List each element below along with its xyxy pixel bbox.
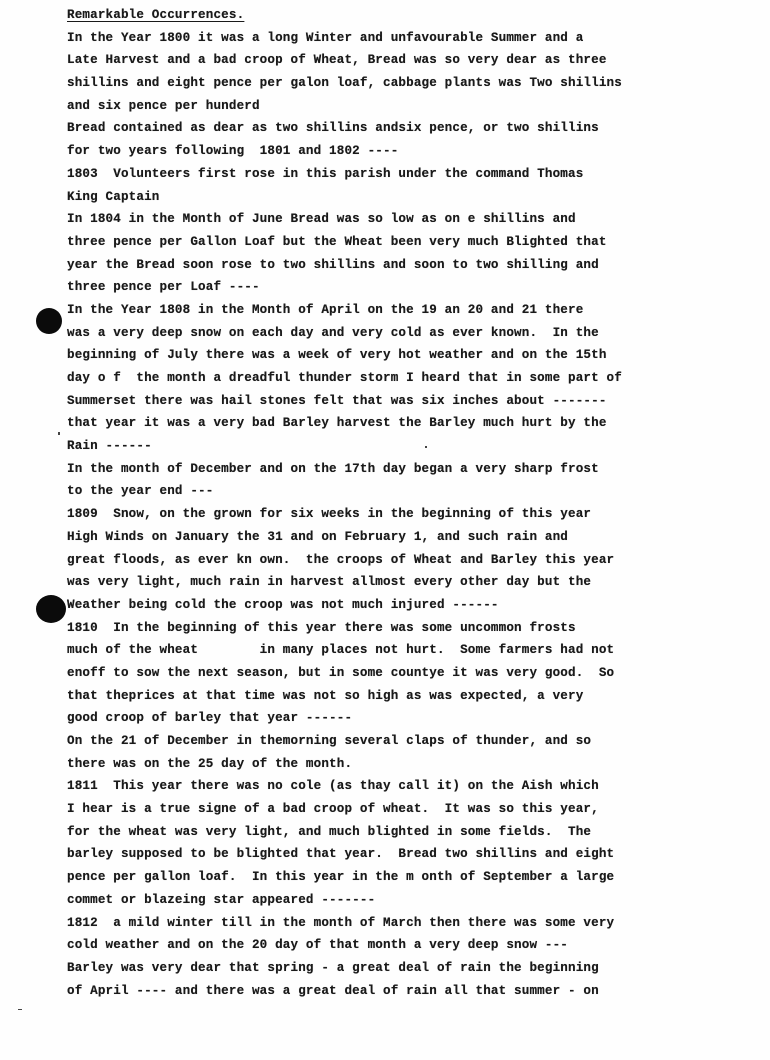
text-line: for the wheat was very light, and much b… — [67, 821, 747, 844]
punch-hole-mark — [36, 595, 66, 623]
text-line: three pence per Gallon Loaf but the Whea… — [67, 231, 747, 254]
text-line: In the month of December and on the 17th… — [67, 458, 747, 481]
text-line: to the year end --- — [67, 480, 747, 503]
punch-hole-mark — [36, 308, 62, 334]
text-line: beginning of July there was a week of ve… — [67, 344, 747, 367]
text-line: that year it was a very bad Barley harve… — [67, 412, 747, 435]
text-line: Rain ------ — [67, 435, 747, 458]
text-line: that theprices at that time was not so h… — [67, 685, 747, 708]
text-line: Weather being cold the croop was not muc… — [67, 594, 747, 617]
text-line: King Captain — [67, 186, 747, 209]
scan-speck — [18, 1009, 22, 1010]
text-line: 1809 Snow, on the grown for six weeks in… — [67, 503, 747, 526]
text-line: was a very deep snow on each day and ver… — [67, 322, 747, 345]
text-lines: In the Year 1800 it was a long Winter an… — [67, 27, 747, 1003]
text-line: was very light, much rain in harvest all… — [67, 571, 747, 594]
text-line: barley supposed to be blighted that year… — [67, 843, 747, 866]
text-line: commet or blazeing star appeared ------- — [67, 889, 747, 912]
text-line: In the Year 1800 it was a long Winter an… — [67, 27, 747, 50]
text-line: 1812 a mild winter till in the month of … — [67, 912, 747, 935]
text-line: three pence per Loaf ---- — [67, 276, 747, 299]
text-line: cold weather and on the 20 day of that m… — [67, 934, 747, 957]
text-line: High Winds on January the 31 and on Febr… — [67, 526, 747, 549]
text-line: 1803 Volunteers first rose in this paris… — [67, 163, 747, 186]
document-title: Remarkable Occurrences. — [67, 4, 747, 27]
text-line: Bread contained as dear as two shillins … — [67, 117, 747, 140]
text-line: for two years following 1801 and 1802 --… — [67, 140, 747, 163]
typed-text-body: Remarkable Occurrences. In the Year 1800… — [67, 4, 747, 1002]
text-line: shillins and eight pence per galon loaf,… — [67, 72, 747, 95]
text-line: there was on the 25 day of the month. — [67, 753, 747, 776]
text-line: good croop of barley that year ------ — [67, 707, 747, 730]
text-line: I hear is a true signe of a bad croop of… — [67, 798, 747, 821]
text-line: 1811 This year there was no cole (as tha… — [67, 775, 747, 798]
text-line: On the 21 of December in themorning seve… — [67, 730, 747, 753]
scan-speck — [58, 432, 60, 435]
text-line: day o f the month a dreadful thunder sto… — [67, 367, 747, 390]
text-line: of April ---- and there was a great deal… — [67, 980, 747, 1003]
text-line: year the Bread soon rose to two shillins… — [67, 254, 747, 277]
text-line: In 1804 in the Month of June Bread was s… — [67, 208, 747, 231]
scanned-page: Remarkable Occurrences. In the Year 1800… — [0, 0, 770, 1060]
text-line: great floods, as ever kn own. the croops… — [67, 549, 747, 572]
text-line: enoff to sow the next season, but in som… — [67, 662, 747, 685]
text-line: Barley was very dear that spring - a gre… — [67, 957, 747, 980]
text-line: and six pence per hunderd — [67, 95, 747, 118]
text-line: In the Year 1808 in the Month of April o… — [67, 299, 747, 322]
text-line: 1810 In the beginning of this year there… — [67, 617, 747, 640]
text-line: much of the wheat in many places not hur… — [67, 639, 747, 662]
text-line: pence per gallon loaf. In this year in t… — [67, 866, 747, 889]
text-line: Summerset there was hail stones felt tha… — [67, 390, 747, 413]
text-line: Late Harvest and a bad croop of Wheat, B… — [67, 49, 747, 72]
